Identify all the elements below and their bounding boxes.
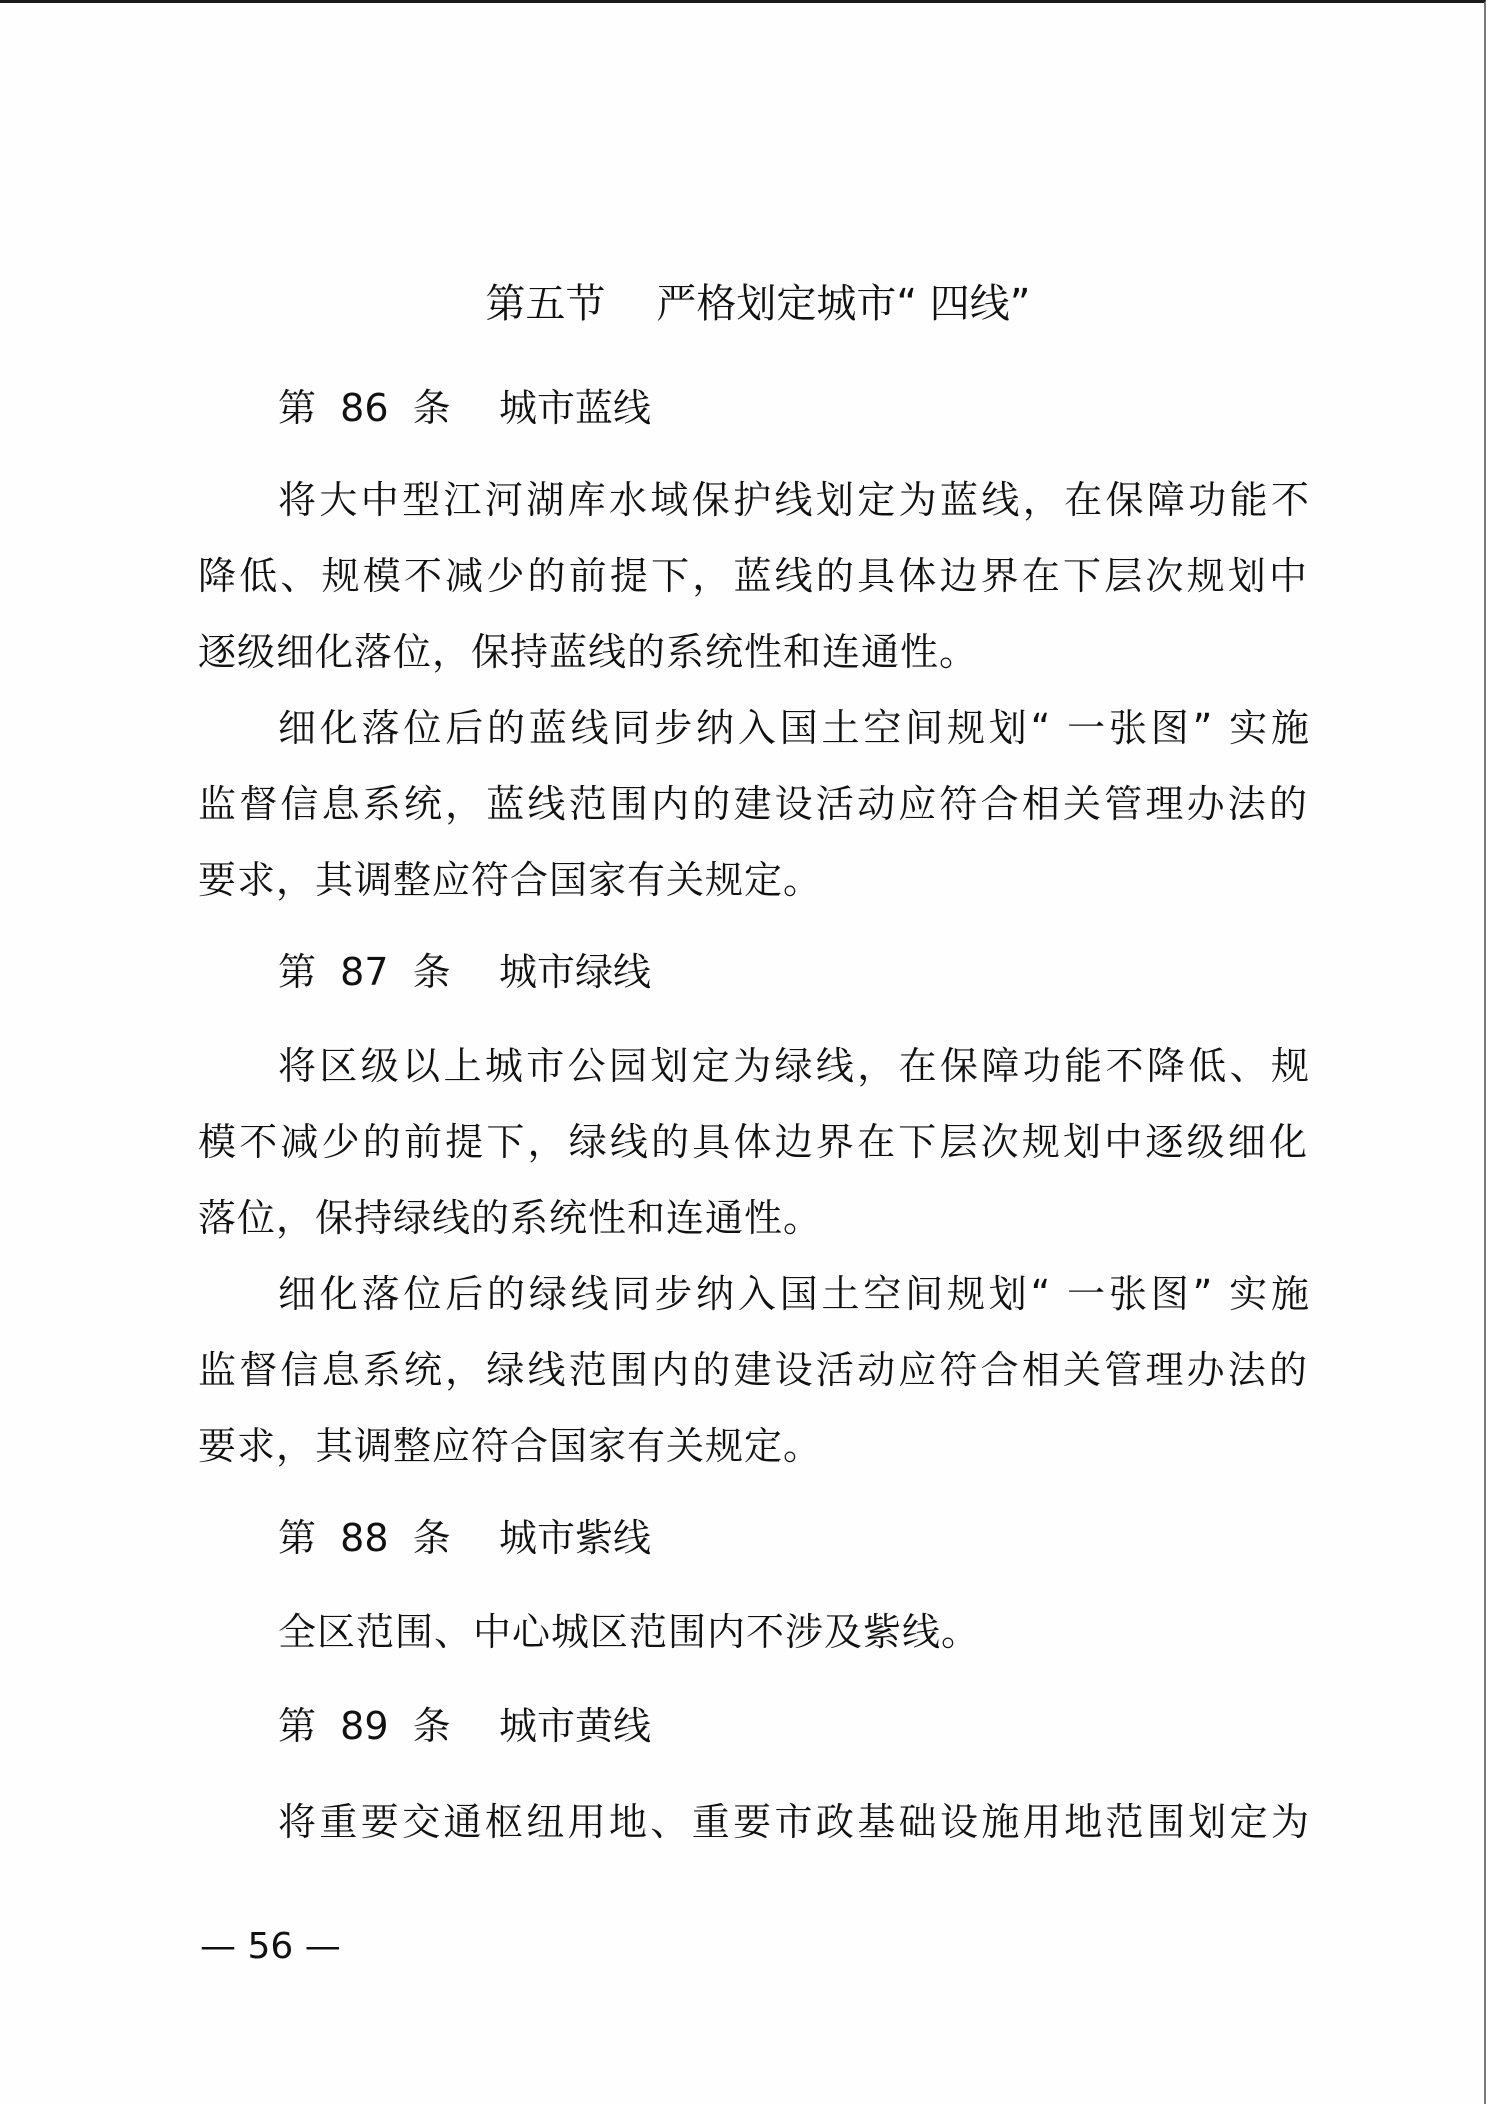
article-86-heading: 第 86 条 城市蓝线 xyxy=(278,385,651,431)
article-89-p1-line1: 将重要交通枢纽用地、重要市政基础设施用地范围划定为 xyxy=(278,1799,1310,1845)
section-title: 第五节 严格划定城市“ 四线” xyxy=(0,281,1486,327)
article-87-p1-line3: 落位，保持绿线的系统性和连通性。 xyxy=(198,1195,822,1241)
page-number: — 56 — xyxy=(200,1925,341,1969)
article-86-p2-line3: 要求，其调整应符合国家有关规定。 xyxy=(198,857,822,903)
article-87-p1-line2: 模不减少的前提下，绿线的具体边界在下层次规划中逐级细化 xyxy=(198,1119,1308,1165)
article-86-p1-line3: 逐级细化落位，保持蓝线的系统性和连通性。 xyxy=(198,629,978,675)
article-86-p2-line1: 细化落位后的蓝线同步纳入国土空间规划“ 一张图” 实施 xyxy=(278,705,1310,751)
article-88-heading: 第 88 条 城市紫线 xyxy=(278,1515,651,1561)
article-86-p1-line1: 将大中型江河湖库水域保护线划定为蓝线，在保障功能不 xyxy=(278,477,1310,523)
article-86-p1-line2: 降低、规模不减少的前提下，蓝线的具体边界在下层次规划中 xyxy=(198,553,1308,599)
article-87-heading: 第 87 条 城市绿线 xyxy=(278,949,651,995)
article-87-p1-line1: 将区级以上城市公园划定为绿线，在保障功能不降低、规 xyxy=(278,1043,1310,1089)
article-88-p1-line1: 全区范围、中心城区范围内不涉及紫线。 xyxy=(278,1609,980,1655)
article-89-heading: 第 89 条 城市黄线 xyxy=(278,1703,651,1749)
article-87-p2-line2: 监督信息系统，绿线范围内的建设活动应符合相关管理办法的 xyxy=(198,1347,1308,1393)
article-86-p2-line2: 监督信息系统，蓝线范围内的建设活动应符合相关管理办法的 xyxy=(198,781,1308,827)
article-87-p2-line1: 细化落位后的绿线同步纳入国土空间规划“ 一张图” 实施 xyxy=(278,1271,1310,1317)
document-page: 第五节 严格划定城市“ 四线” 第 86 条 城市蓝线 将大中型江河湖库水域保护… xyxy=(0,0,1486,2104)
article-87-p2-line3: 要求，其调整应符合国家有关规定。 xyxy=(198,1423,822,1469)
